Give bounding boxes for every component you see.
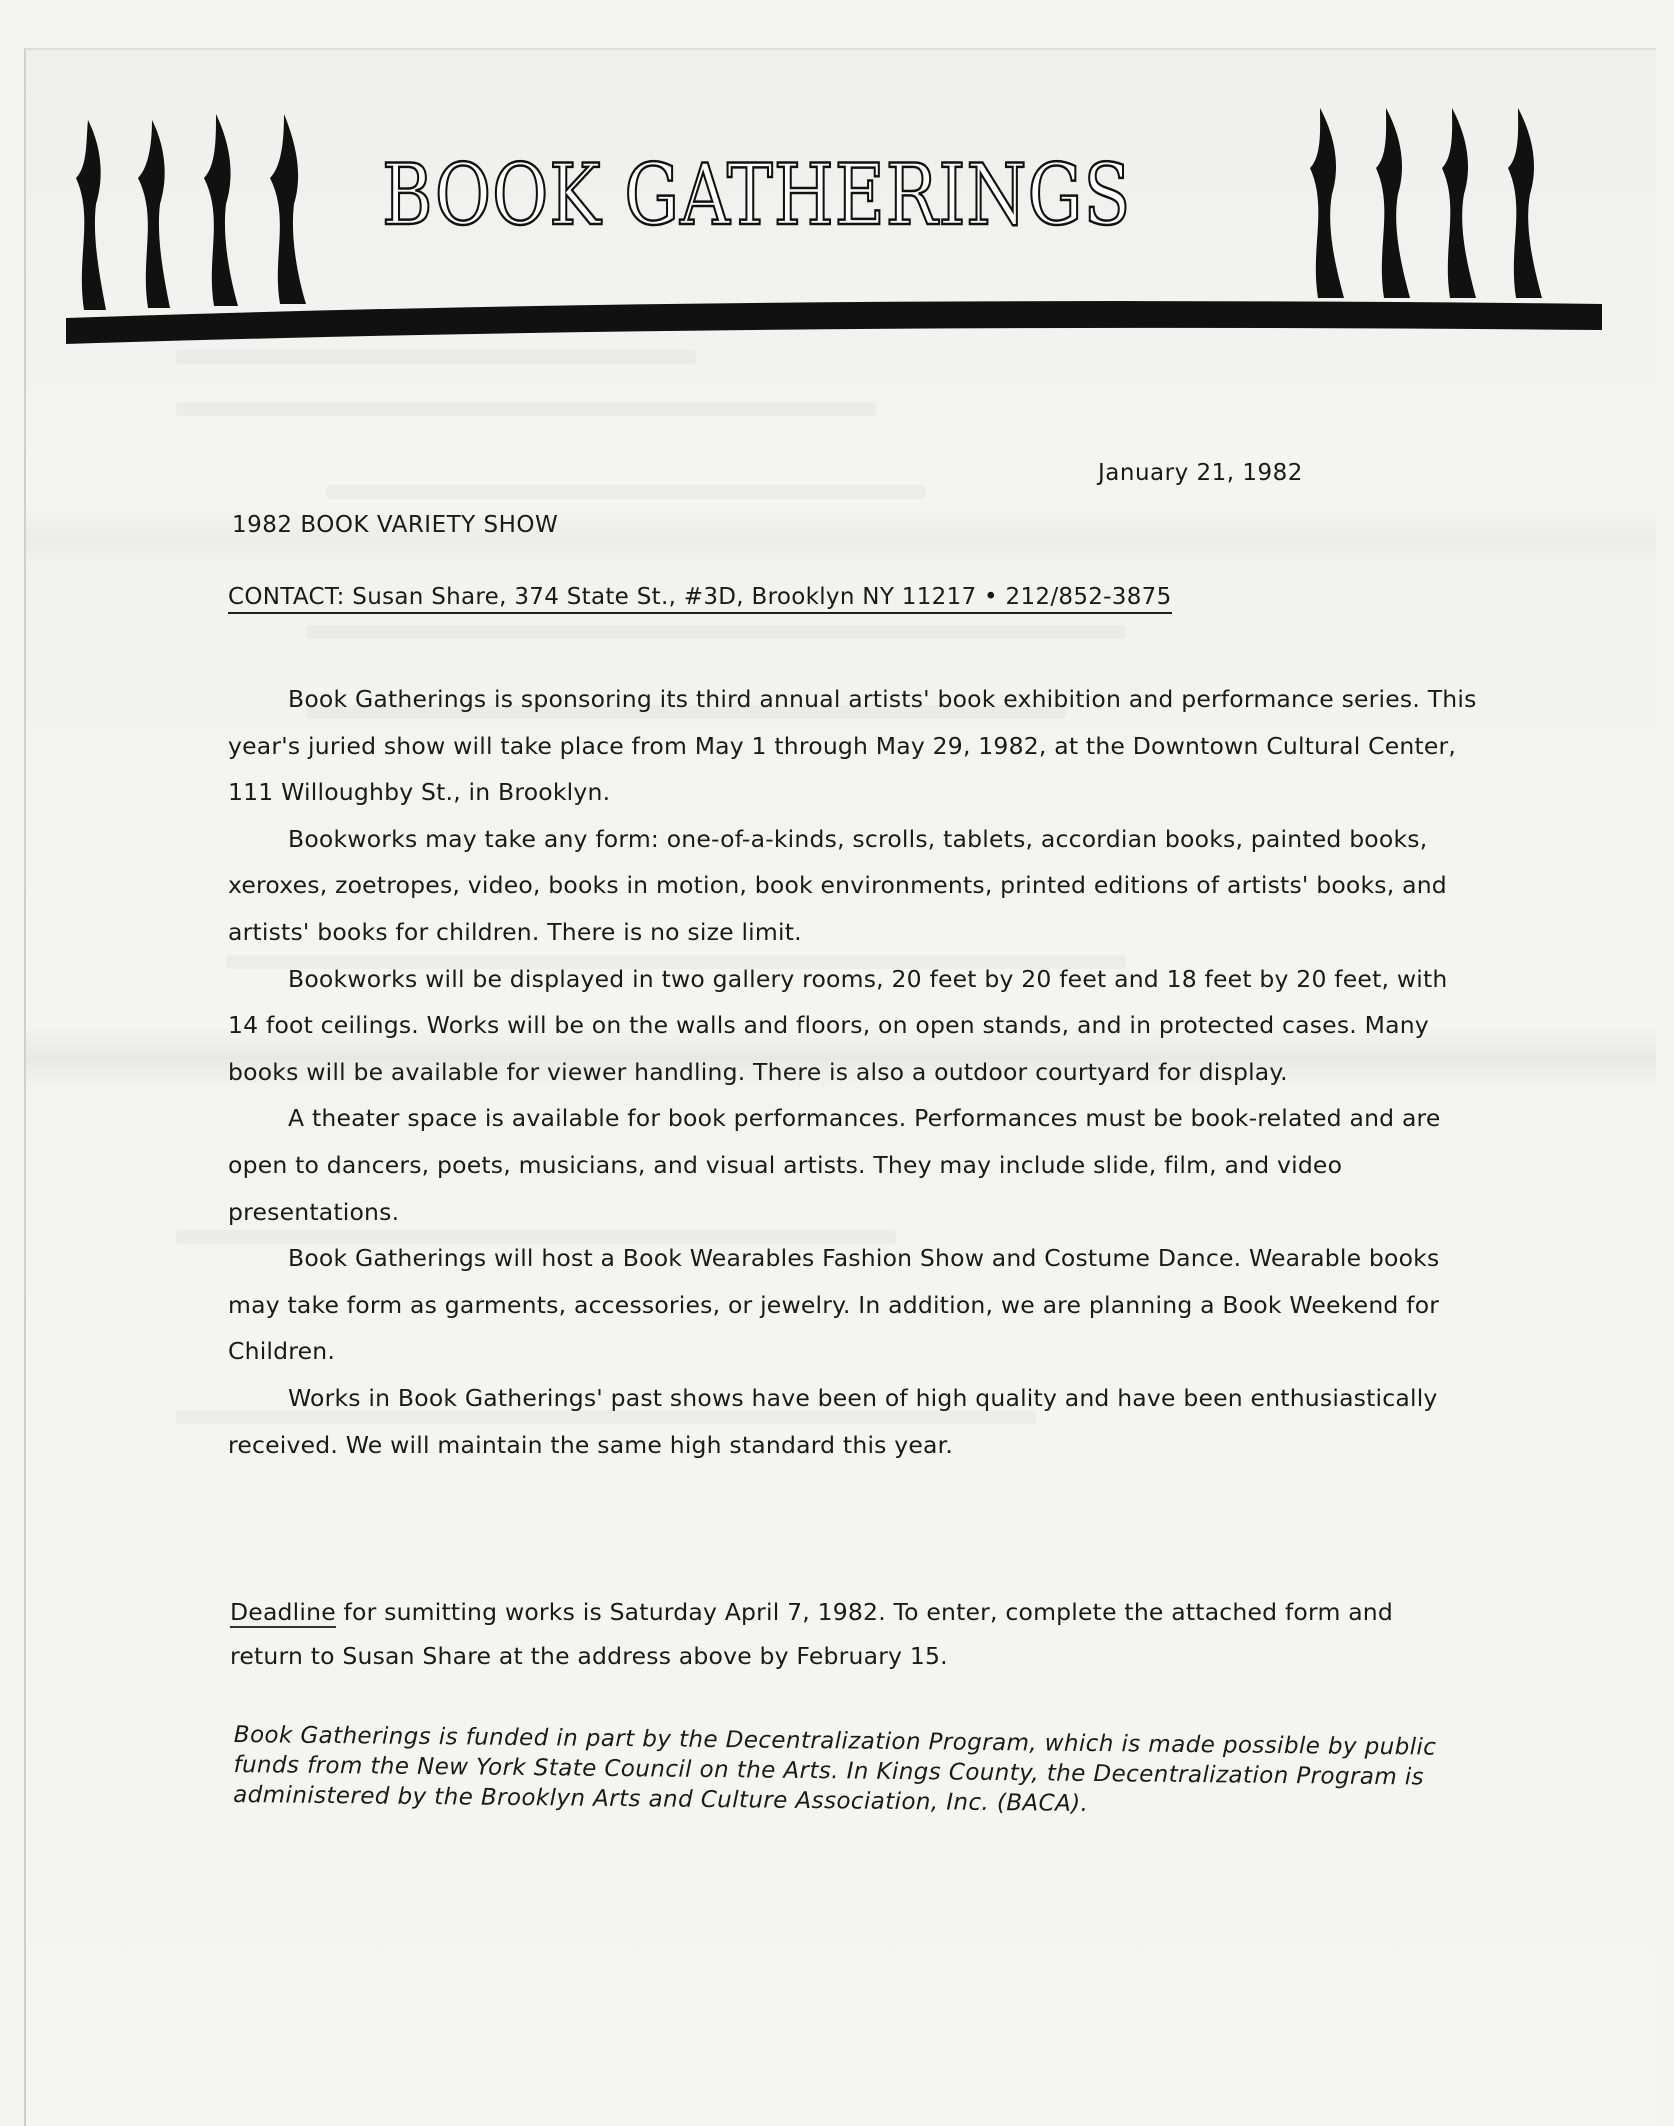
paragraph-gallery: Bookworks will be displayed in two galle… [228,956,1478,1096]
paragraph-wearables: Book Gatherings will host a Book Wearabl… [228,1235,1478,1375]
paragraph-sponsorship: Book Gatherings is sponsoring its third … [228,676,1478,816]
funding-note: Book Gatherings is funded in part by the… [233,1720,1464,1823]
paragraph-bookworks-form: Bookworks may take any form: one-of-a-ki… [228,816,1478,956]
masthead-title: BOOK GATHERINGS [382,146,1131,244]
letter-date: January 21, 1982 [1098,460,1303,486]
deadline-text: for sumitting works is Saturday April 7,… [230,1598,1393,1670]
paragraph-past-shows: Works in Book Gatherings' past shows hav… [228,1375,1478,1468]
contact-line: CONTACT: Susan Share, 374 State St., #3D… [228,584,1172,614]
deadline-paragraph: Deadline for sumitting works is Saturday… [230,1590,1470,1678]
deadline-label: Deadline [230,1598,336,1628]
show-title: 1982 BOOK VARIETY SHOW [232,512,558,538]
paragraph-theater: A theater space is available for book pe… [228,1095,1478,1235]
letter-body: Book Gatherings is sponsoring its third … [228,676,1478,1468]
masthead-logo: BOOK GATHERINGS [66,108,1602,348]
